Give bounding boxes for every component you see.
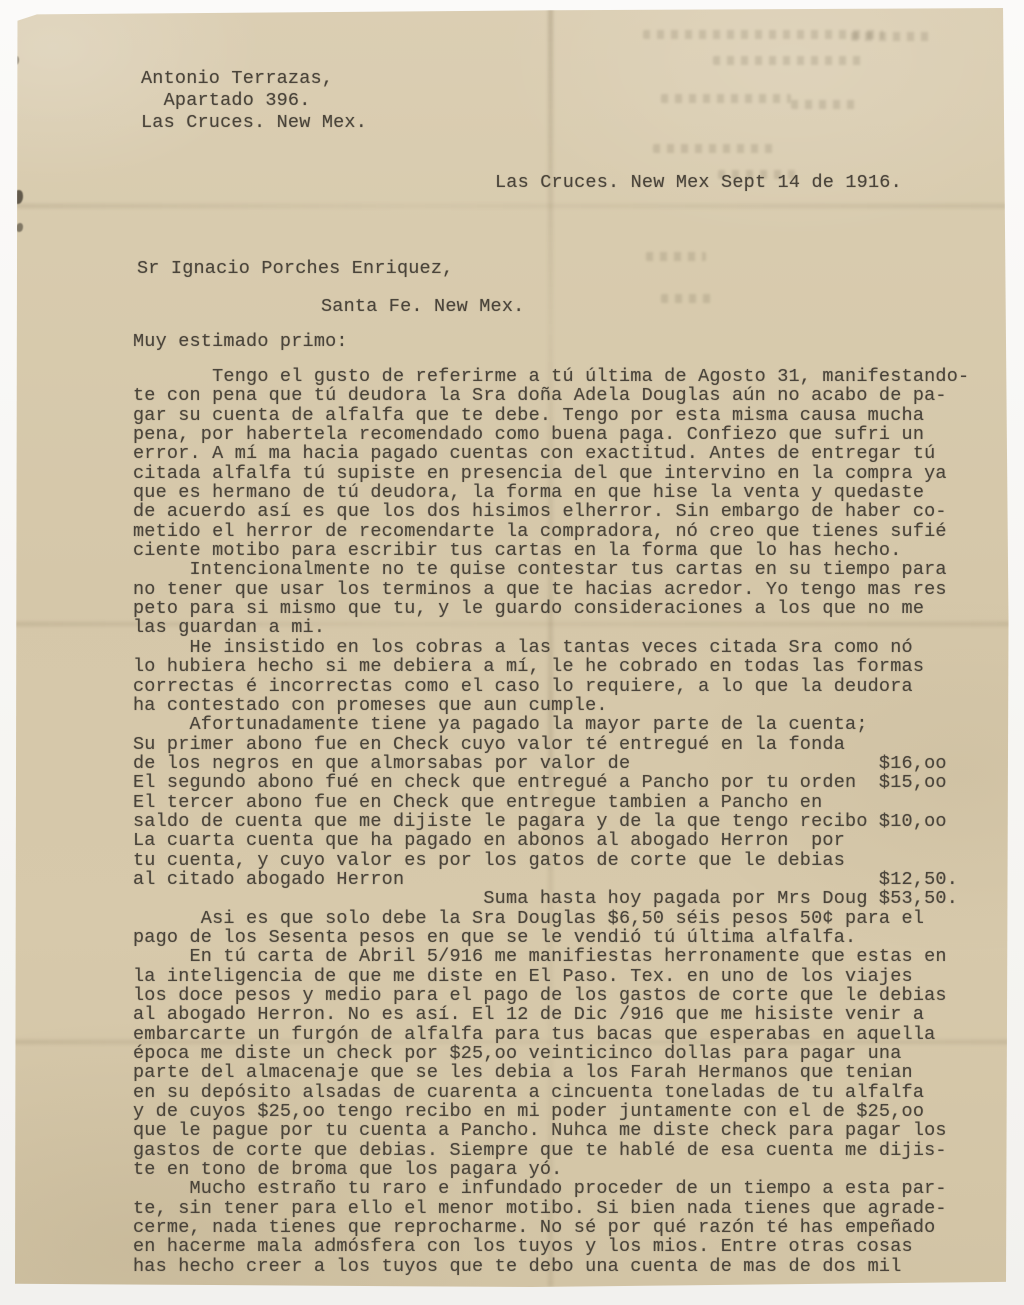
bleed-through-mark xyxy=(713,56,863,65)
edge-stain-spot xyxy=(16,223,23,232)
recipient-name: Sr Ignacio Porches Enriquez, xyxy=(137,258,453,279)
sender-address-block: Antonio Terrazas, Apartado 396. Las Cruc… xyxy=(141,68,367,134)
bleed-through-mark xyxy=(791,100,861,109)
salutation: Muy estimado primo: xyxy=(133,331,348,352)
edge-stain-spot xyxy=(13,190,23,204)
bleed-through-mark xyxy=(851,32,931,41)
letter-paper: Antonio Terrazas, Apartado 396. Las Cruc… xyxy=(13,8,1010,1287)
horizontal-fold-crease xyxy=(13,204,1010,208)
bleed-through-mark xyxy=(653,144,773,153)
bleed-through-mark xyxy=(643,30,883,39)
bleed-through-mark xyxy=(661,294,711,303)
bleed-through-mark xyxy=(661,94,791,103)
recipient-city: Santa Fe. New Mex. xyxy=(321,296,524,317)
letter-body: Tengo el gusto de referirme a tú última … xyxy=(133,367,969,1276)
edge-stain-spot xyxy=(13,56,19,65)
bleed-through-mark xyxy=(646,252,706,261)
scan-background: Antonio Terrazas, Apartado 396. Las Cruc… xyxy=(0,0,1024,1305)
dateline: Las Cruces. New Mex Sept 14 de 1916. xyxy=(495,172,902,193)
